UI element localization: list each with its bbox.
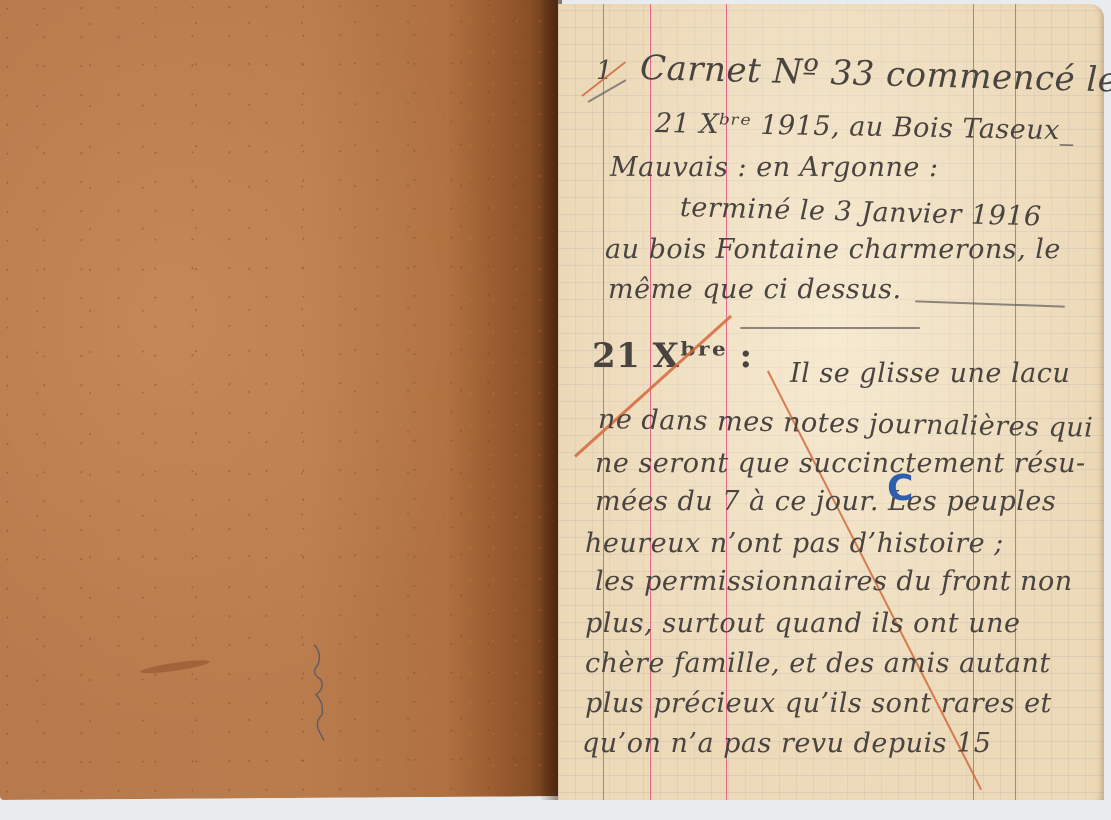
notebook-scan: 1 Carnet Nº 33 commencé le 21 Xᵇʳᵉ 1915,… (0, 0, 1111, 820)
entry-line-8: chère famille, et des amis autant (585, 648, 1051, 679)
header-line-3: Mauvais : en Argonne : (610, 152, 939, 183)
entry-line-3: ne seront que succinctement résu- (595, 448, 1086, 479)
entry-line-4: mées du 7 à ce jour. Les peuples (595, 486, 1056, 517)
header-line-5: au bois Fontaine charmerons, le (605, 234, 1061, 265)
pencil-rule (740, 327, 920, 329)
paper-crease (140, 658, 210, 676)
entry-line-1: Il se glisse une lacu (790, 358, 1070, 389)
entry-line-7: plus, surtout quand ils ont une (585, 608, 1020, 639)
entry-line-6: les permissionnaires du front non (595, 566, 1073, 597)
left-cover-page (0, 0, 558, 800)
entry-line-10: qu’on n’a pas revu depuis 15 (582, 728, 991, 759)
scanner-background (0, 800, 1111, 820)
blue-c-mark: C (887, 468, 913, 509)
entry-line-9: plus précieux qu’ils sont rares et (585, 688, 1052, 719)
pencil-scribble-icon (300, 643, 340, 743)
entry-line-5: heureux n’ont pas d’histoire ; (585, 528, 1004, 559)
header-line-6: même que ci dessus. (608, 274, 902, 305)
